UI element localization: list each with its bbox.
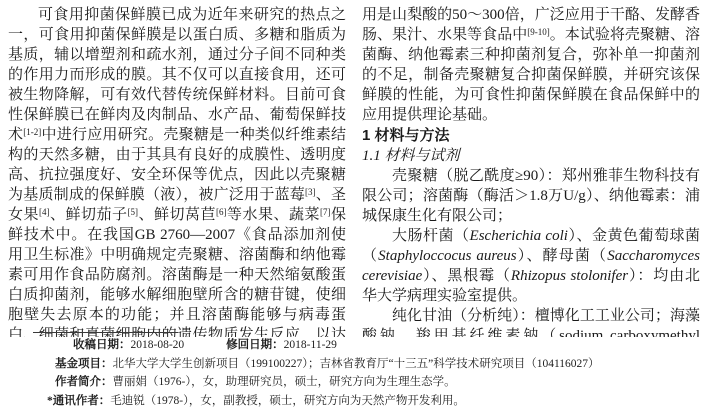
citation-ref: [1-2] bbox=[23, 127, 41, 137]
text-segment: 基金项目： bbox=[55, 358, 113, 370]
author-bio-line: 作者简介：曹丽娟（1976-），女，助理研究员，硕士，研究方向为生理生态学。 bbox=[0, 373, 706, 392]
text-segment: 2018-08-20 bbox=[131, 339, 185, 351]
text-segment: Staphyloccocus aureus bbox=[378, 248, 516, 264]
left-column: 可食用抑菌保鲜膜已成为近年来研究的热点之一，可食用抑菌保鲜膜是以蛋白质、多糖和脂… bbox=[8, 5, 346, 337]
text-segment: 中进行应用研究。壳聚糖是一种类似纤维素结构的天然多糖，由于其具有良好的成膜性、透… bbox=[8, 127, 346, 203]
text-segment: 曹丽娟（1976-），女，助理研究员，硕士，研究方向为生理生态学。 bbox=[113, 376, 456, 388]
text-segment: ）、黑根霉（ bbox=[422, 268, 511, 284]
paper-page: 可食用抑菌保鲜膜已成为近年来研究的热点之一，可食用抑菌保鲜膜是以蛋白质、多糖和脂… bbox=[0, 0, 706, 415]
subsection-heading-materials-reagents: 1.1 材料与试剂 bbox=[362, 146, 700, 166]
text-segment: 2018-11-29 bbox=[284, 339, 337, 351]
text-segment: Rhizopus stolonifer bbox=[511, 268, 628, 284]
received-revised-dates-line: 收稿日期：2018-08-20修回日期：2018-11-29 bbox=[0, 336, 706, 355]
text-segment: 北华大学大学生创新项目（199100227）；吉林省教育厅“十三五”科学技术研究… bbox=[113, 358, 600, 370]
corresponding-author-line: *通讯作者：毛迪锐（1978-），女，副教授，硕士，研究方向为天然产物开发利用。 bbox=[0, 392, 706, 411]
text-segment: 毛迪锐（1978-），女，副教授，硕士，研究方向为天然产物开发利用。 bbox=[110, 395, 465, 407]
intro-paragraph-left: 可食用抑菌保鲜膜已成为近年来研究的热点之一，可食用抑菌保鲜膜是以蛋白质、多糖和脂… bbox=[8, 5, 346, 337]
text-segment: 大肠杆菌（ bbox=[392, 228, 470, 244]
text-segment: 作者简介： bbox=[55, 376, 113, 388]
materials-paragraph-reagents: 壳聚糖（脱乙酰度≥90）：郑州雅菲生物科技有限公司；溶菌酶（酶活＞1.8万U/g… bbox=[362, 166, 700, 226]
text-segment: 、鲜切茄子 bbox=[50, 207, 128, 223]
citation-ref: [5] bbox=[127, 207, 138, 217]
text-segment: 可食用抑菌保鲜膜已成为近年来研究的热点之一，可食用抑菌保鲜膜是以蛋白质、多糖和脂… bbox=[8, 7, 346, 143]
intro-paragraph-continuation: 用是山梨酸的50～300倍，广泛应用于干酪、发酵香肠、果汁、水果等食品中[9-1… bbox=[362, 5, 700, 125]
text-segment: 收稿日期： bbox=[73, 339, 131, 351]
text-segment: 保鲜技术中。在我国GB 2760—2007《食品添加剂使用卫生标准》中明确规定壳… bbox=[8, 207, 346, 337]
text-segment: 、鲜切莴苣 bbox=[138, 207, 216, 223]
materials-paragraph-strains: 大肠杆菌（Escherichia coli）、金黄色葡萄球菌（Staphyloc… bbox=[362, 226, 700, 306]
right-column: 用是山梨酸的50～300倍，广泛应用于干酪、发酵香肠、果汁、水果等食品中[9-1… bbox=[362, 5, 700, 337]
section-heading-materials-methods: 1 材料与方法 bbox=[362, 126, 700, 146]
citation-ref: [6] bbox=[216, 207, 227, 217]
footnote-block: 收稿日期：2018-08-20修回日期：2018-11-29 基金项目：北华大学… bbox=[0, 332, 706, 410]
fund-project-line: 基金项目：北华大学大学生创新项目（199100227）；吉林省教育厅“十三五”科… bbox=[0, 355, 706, 374]
citation-ref: [9-10] bbox=[527, 27, 550, 37]
text-segment: ）、酵母菌（ bbox=[517, 248, 608, 264]
citation-ref: [4] bbox=[39, 207, 50, 217]
text-segment: *通讯作者： bbox=[47, 395, 110, 407]
text-segment: 壳聚糖（脱乙酰度≥90）：郑州雅菲生物科技有限公司；溶菌酶（酶活＞1.8万U/g… bbox=[362, 168, 700, 224]
text-segment: Escherichia coli bbox=[470, 228, 568, 244]
citation-ref: [7] bbox=[320, 207, 331, 217]
footnote-divider bbox=[33, 332, 178, 333]
text-segment: 修回日期： bbox=[226, 339, 284, 351]
text-segment: 等水果、蔬菜 bbox=[226, 207, 319, 223]
citation-ref: [3] bbox=[305, 187, 316, 197]
two-column-text-area: 可食用抑菌保鲜膜已成为近年来研究的热点之一，可食用抑菌保鲜膜是以蛋白质、多糖和脂… bbox=[0, 0, 706, 337]
